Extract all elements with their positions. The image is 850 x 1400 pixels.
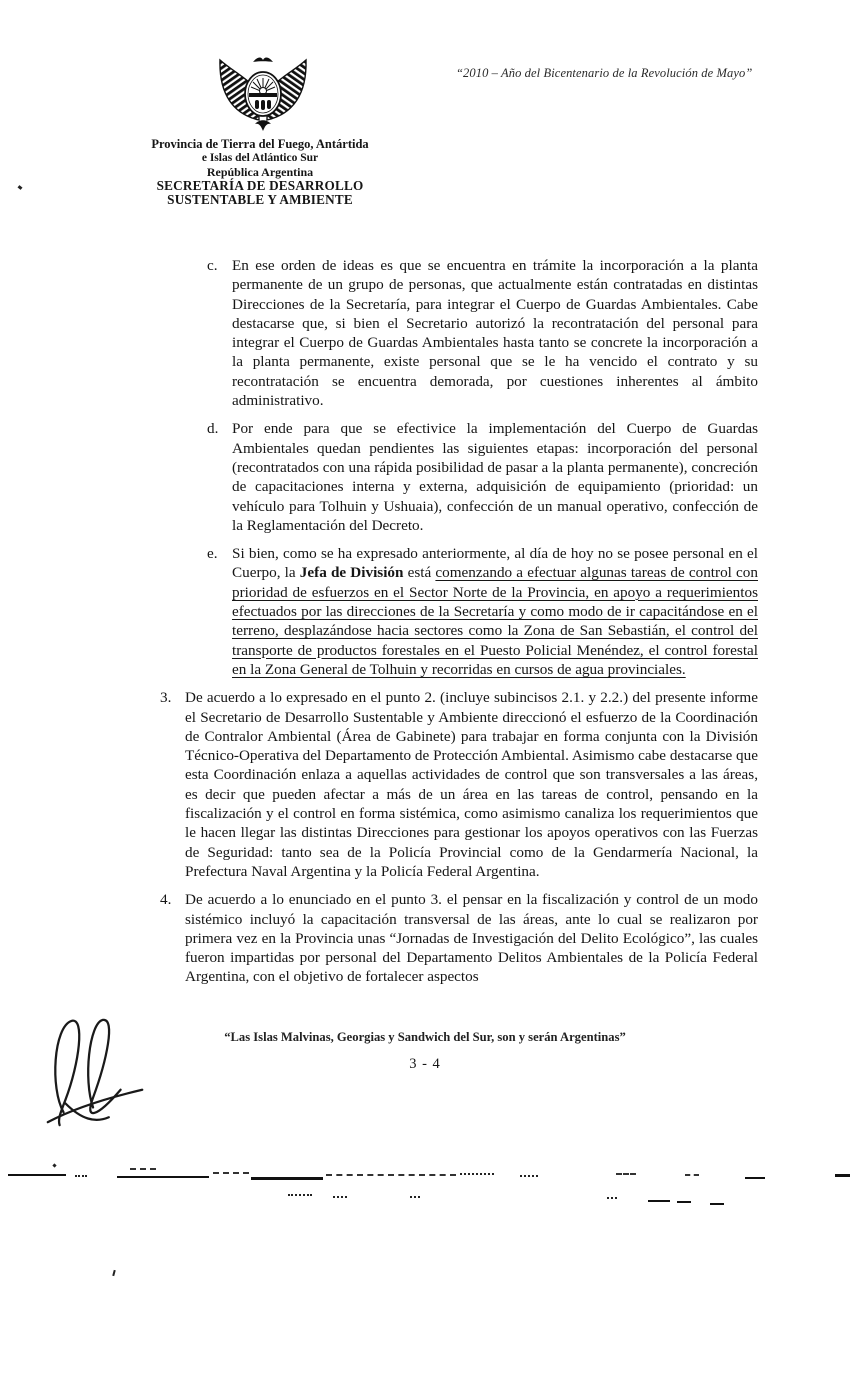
scan-line	[288, 1194, 312, 1196]
paragraph-4: 4. De acuerdo a lo enunciado en el punto…	[160, 890, 758, 986]
scan-line	[677, 1201, 691, 1203]
letterhead: Provincia de Tierra del Fuego, Antártida…	[88, 138, 432, 207]
letterhead-secretariat-line1: SECRETARÍA DE DESARROLLO	[88, 179, 432, 193]
scan-line	[117, 1176, 209, 1178]
scanned-document-page: “2010 – Año del Bicentenario de la Revol…	[0, 0, 850, 1400]
scan-line	[745, 1177, 765, 1179]
scan-line	[333, 1196, 347, 1198]
paragraph-4-marker: 4.	[160, 890, 171, 909]
letterhead-islands: e Islas del Atlántico Sur	[88, 152, 432, 166]
paragraph-e-marker: e.	[207, 544, 218, 563]
scan-line	[8, 1174, 66, 1176]
scan-line	[326, 1174, 456, 1176]
paragraph-3-text: De acuerdo a lo expresado en el punto 2.…	[185, 689, 758, 880]
scan-line	[685, 1174, 699, 1176]
paragraph-e-underlined-text: comenzando a efectuar algunas tareas de …	[232, 564, 758, 677]
scan-line	[520, 1175, 538, 1177]
paragraph-e-bold-title: Jefa de División	[300, 564, 404, 581]
scan-line	[130, 1168, 156, 1170]
paragraph-c: c. En ese orden de ideas es que se encue…	[160, 256, 758, 410]
letterhead-province: Provincia de Tierra del Fuego, Antártida	[88, 138, 432, 152]
scan-speck	[18, 185, 23, 190]
scan-line	[710, 1203, 724, 1205]
tierra-del-fuego-crest-icon	[213, 54, 313, 142]
scan-line	[75, 1175, 87, 1177]
paragraph-c-marker: c.	[207, 256, 218, 275]
paragraph-e: e.Si bien, como se ha expresado anterior…	[160, 544, 758, 679]
scan-speck	[52, 1163, 56, 1167]
paragraph-4-text: De acuerdo a lo enunciado en el punto 3.…	[185, 891, 758, 985]
scan-line	[460, 1173, 494, 1175]
scan-line	[648, 1200, 670, 1202]
document-body: c. En ese orden de ideas es que se encue…	[160, 256, 758, 996]
paragraph-3-marker: 3.	[160, 688, 171, 707]
letterhead-country: República Argentina	[88, 166, 432, 180]
scan-line	[607, 1197, 617, 1199]
paragraph-d-marker: d.	[207, 419, 218, 438]
scan-line	[835, 1174, 850, 1177]
year-motto: “2010 – Año del Bicentenario de la Revol…	[456, 66, 756, 81]
paragraph-3: 3. De acuerdo a lo expresado en el punto…	[160, 688, 758, 881]
scan-line	[410, 1196, 420, 1198]
letterhead-secretariat-line2: SUSTENTABLE Y AMBIENTE	[88, 193, 432, 207]
paragraph-c-text: En ese orden de ideas es que se encuentr…	[232, 257, 758, 409]
scan-speck	[112, 1270, 115, 1276]
paragraph-d: d. Por ende para que se efectivice la im…	[160, 419, 758, 535]
scan-line	[616, 1173, 636, 1175]
paragraph-e-text-part2: está	[403, 564, 435, 581]
paragraph-d-text: Por ende para que se efectivice la imple…	[232, 420, 758, 533]
handwritten-signature	[38, 1008, 156, 1140]
scan-line	[213, 1172, 249, 1174]
scan-line	[251, 1177, 323, 1180]
